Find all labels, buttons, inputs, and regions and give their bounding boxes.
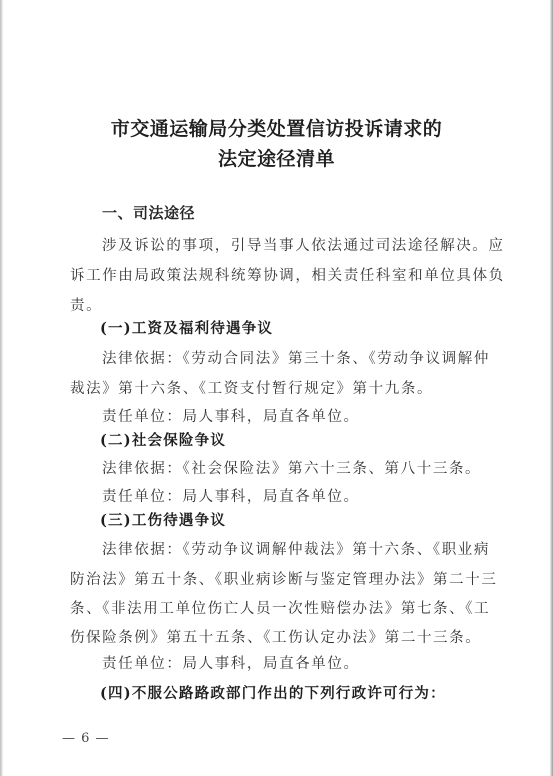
page-number: — 6 — [62,731,110,746]
paragraph-line: 涉及诉讼的事项，引导当事人依法通过司法途径解决。应 [102,237,522,255]
subheading-wage-dispute: (一)工资及福利待遇争议 [100,320,520,338]
legal-basis-line: 法律依据：《劳动合同法》第三十条、《劳动争议调解仲 [102,350,522,368]
responsible-unit: 责任单位：局人事科，局直各单位。 [102,655,522,673]
legal-basis-line: 伤保险条例》第五十五条、《工伤认定办法》第二十三条。 [70,629,490,647]
section-heading-judicial: 一、司法途径 [102,204,522,222]
legal-basis-line: 条、《非法用工单位伤亡人员一次性赔偿办法》第七条、《工 [70,600,490,618]
responsible-unit: 责任单位：局人事科，局直各单位。 [102,408,522,426]
responsible-unit: 责任单位：局人事科，局直各单位。 [102,488,522,506]
subheading-road-administration: (四)不服公路路政部门作出的下列行政许可行为： [100,685,520,703]
subheading-social-insurance: (二)社会保险争议 [100,432,520,450]
paragraph-line: 责。 [70,297,490,315]
legal-basis-line: 防治法》第五十条、《职业病诊断与鉴定管理办法》第二十三 [70,571,490,589]
legal-basis-line: 法律依据：《社会保险法》第六十三条、第八十三条。 [102,460,522,478]
legal-basis-line: 裁法》第十六条、《工资支付暂行规定》第十九条。 [70,380,490,398]
document-title-line1: 市交通运输局分类处置信访投诉请求的 [0,114,553,141]
legal-basis-line: 法律依据：《劳动争议调解仲裁法》第十六条、《职业病 [102,541,522,559]
subheading-work-injury: (三)工伤待遇争议 [100,512,520,530]
paragraph-line: 诉工作由局政策法规科统筹协调，相关责任科室和单位具体负 [70,267,490,285]
document-title-line2: 法定途径清单 [0,144,553,171]
